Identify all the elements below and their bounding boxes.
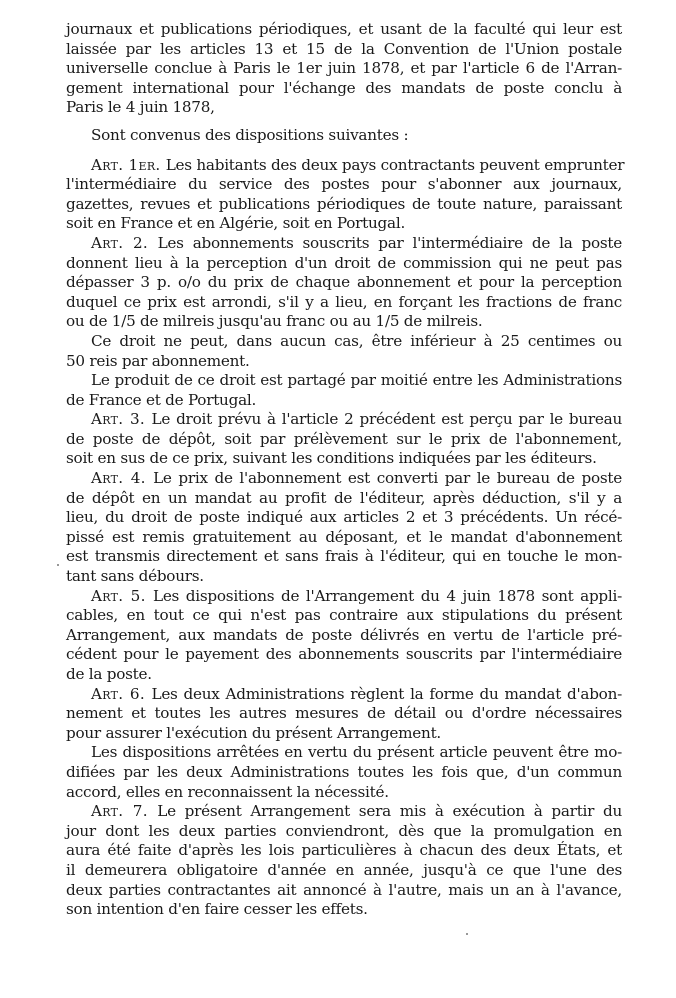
line-text: Le prix de l'abonnement est converti par… xyxy=(153,469,622,487)
line-text: gement international pour l'échange des … xyxy=(66,79,622,97)
line-text: lieu, du droit de poste indiqué aux arti… xyxy=(66,508,622,526)
article-6-line: pour assurer l'exécution du présent Arra… xyxy=(66,724,622,744)
article-7-line: deux parties contractantes ait annoncé à… xyxy=(66,881,622,901)
article-4-line: Art. 4. Le prix de l'abonnement est conv… xyxy=(66,469,622,489)
article-2-line: duquel ce prix est arrondi, s'il y a lie… xyxy=(66,293,622,313)
article-6-line: nement et toutes les autres mesures de d… xyxy=(66,704,622,724)
article-4-line: lieu, du droit de poste indiqué aux arti… xyxy=(66,508,622,528)
line-text: duquel ce prix est arrondi, s'il y a lie… xyxy=(66,293,622,311)
article-3-line: soit en sus de ce prix, suivant les cond… xyxy=(66,449,622,469)
article-5-line: Art. 5. Les dispositions de l'Arrangemen… xyxy=(66,587,622,607)
article-2-line: ou de 1/5 de milreis jusqu'au franc ou a… xyxy=(66,312,622,332)
article-4-line: est transmis directement et sans frais à… xyxy=(66,547,622,567)
article-label: Art. 5. xyxy=(91,587,153,605)
article-7-line: son intention d'en faire cesser les effe… xyxy=(66,900,622,920)
line-text: Arrangement, aux mandats de poste délivr… xyxy=(66,626,622,644)
article-1-line: Art. 1er. Les habitants des deux pays co… xyxy=(66,156,622,176)
line-text: aura été faite d'après les lois particul… xyxy=(66,841,622,859)
spacer xyxy=(66,118,622,126)
line-text: est transmis directement et sans frais à… xyxy=(66,547,622,565)
article-3-line: de poste de dépôt, soit par prélèvement … xyxy=(66,430,622,450)
article-6-line: Art. 6. Les deux Administrations règlent… xyxy=(66,685,622,705)
article-2-line: dépasser 3 p. o/o du prix de chaque abon… xyxy=(66,273,622,293)
article-6-line: accord, elles en reconnaissent la nécess… xyxy=(66,783,622,803)
line-text: Sont convenus des dispositions suivantes… xyxy=(91,126,408,144)
article-3-line: Art. 3. Le droit prévu à l'article 2 pré… xyxy=(66,410,622,430)
article-4-line: pissé est remis gratuitement au déposant… xyxy=(66,528,622,548)
line-text: Le droit prévu à l'article 2 précédent e… xyxy=(152,410,622,428)
line-text: Les dispositions de l'Arrangement du 4 j… xyxy=(153,587,622,605)
line-text: 50 reis par abonnement. xyxy=(66,352,250,370)
line-text: journaux et publications périodiques, et… xyxy=(66,20,622,38)
article-1-line: soit en France et en Algérie, soit en Po… xyxy=(66,214,622,234)
line-text: de France et de Portugal. xyxy=(66,391,256,409)
article-5-line: cables, en tout ce qui n'est pas contrai… xyxy=(66,606,622,626)
line-text: donnent lieu à la perception d'un droit … xyxy=(66,254,622,272)
spacer xyxy=(66,146,622,156)
line-text: il demeurera obligatoire d'année en anné… xyxy=(66,861,622,879)
line-text: Ce droit ne peut, dans aucun cas, être i… xyxy=(91,332,622,350)
scan-speck xyxy=(466,933,468,935)
line-text: l'intermédiaire du service des postes po… xyxy=(66,175,622,193)
article-4-line: de dépôt en un mandat au profit de l'édi… xyxy=(66,489,622,509)
article-2-line: Art. 2. Les abonnements souscrits par l'… xyxy=(66,234,622,254)
line-text: pour assurer l'exécution du présent Arra… xyxy=(66,724,441,742)
preamble-line: universelle conclue à Paris le 1er juin … xyxy=(66,59,622,79)
line-text: gazettes, revues et publications périodi… xyxy=(66,195,622,213)
article-2-line: donnent lieu à la perception d'un droit … xyxy=(66,254,622,274)
article-label: Art. 7. xyxy=(91,802,157,820)
preamble-line: Paris le 4 juin 1878, xyxy=(66,98,622,118)
line-text: pissé est remis gratuitement au déposant… xyxy=(66,528,622,546)
article-5-line: Arrangement, aux mandats de poste délivr… xyxy=(66,626,622,646)
preamble-line: journaux et publications périodiques, et… xyxy=(66,20,622,40)
article-4-line: tant sans débours. xyxy=(66,567,622,587)
article-2-line: de France et de Portugal. xyxy=(66,391,622,411)
line-text: Le produit de ce droit est partagé par m… xyxy=(91,371,622,389)
article-2-line: Le produit de ce droit est partagé par m… xyxy=(66,371,622,391)
line-text: soit en sus de ce prix, suivant les cond… xyxy=(66,449,597,467)
article-1-line: gazettes, revues et publications périodi… xyxy=(66,195,622,215)
line-text: de poste de dépôt, soit par prélèvement … xyxy=(66,430,622,448)
line-text: ou de 1/5 de milreis jusqu'au franc ou a… xyxy=(66,312,482,330)
scan-speck xyxy=(57,564,59,566)
preamble-line: laissée par les articles 13 et 15 de la … xyxy=(66,40,622,60)
line-text: deux parties contractantes ait annoncé à… xyxy=(66,881,622,899)
convenus-heading: Sont convenus des dispositions suivantes… xyxy=(66,126,622,146)
line-text: accord, elles en reconnaissent la nécess… xyxy=(66,783,389,801)
line-text: de dépôt en un mandat au profit de l'édi… xyxy=(66,489,622,507)
line-text: Le présent Arrangement sera mis à exécut… xyxy=(157,802,622,820)
line-text: cables, en tout ce qui n'est pas contrai… xyxy=(66,606,622,624)
article-label: Art. 3. xyxy=(91,410,152,428)
line-text: Les abonnements souscrits par l'interméd… xyxy=(158,234,622,252)
article-5-line: cédent pour le payement des abonnements … xyxy=(66,645,622,665)
article-2-line: 50 reis par abonnement. xyxy=(66,352,622,372)
line-text: soit en France et en Algérie, soit en Po… xyxy=(66,214,405,232)
article-label: Art. 4. xyxy=(91,469,153,487)
article-7-line: il demeurera obligatoire d'année en anné… xyxy=(66,861,622,881)
line-text: jour dont les deux parties conviendront,… xyxy=(66,822,622,840)
article-label: Art. 6. xyxy=(91,685,151,703)
line-text: dépasser 3 p. o/o du prix de chaque abon… xyxy=(66,273,622,291)
article-7-line: jour dont les deux parties conviendront,… xyxy=(66,822,622,842)
article-1-line: l'intermédiaire du service des postes po… xyxy=(66,175,622,195)
line-text: nement et toutes les autres mesures de d… xyxy=(66,704,622,722)
line-text: cédent pour le payement des abonnements … xyxy=(66,645,622,663)
preamble-line: gement international pour l'échange des … xyxy=(66,79,622,99)
line-text: de la poste. xyxy=(66,665,152,683)
article-label: Art. 1er. xyxy=(91,156,166,174)
document-page: journaux et publications périodiques, et… xyxy=(66,20,622,920)
article-7-line: Art. 7. Le présent Arrangement sera mis … xyxy=(66,802,622,822)
article-6-line: difiées par les deux Administrations tou… xyxy=(66,763,622,783)
line-text: Les dispositions arrêtées en vertu du pr… xyxy=(91,743,622,761)
article-7-line: aura été faite d'après les lois particul… xyxy=(66,841,622,861)
line-text: son intention d'en faire cesser les effe… xyxy=(66,900,368,918)
line-text: laissée par les articles 13 et 15 de la … xyxy=(66,40,622,58)
article-6-line: Les dispositions arrêtées en vertu du pr… xyxy=(66,743,622,763)
line-text: universelle conclue à Paris le 1er juin … xyxy=(66,59,622,77)
line-text: Paris le 4 juin 1878, xyxy=(66,98,215,116)
article-label: Art. 2. xyxy=(91,234,158,252)
line-text: difiées par les deux Administrations tou… xyxy=(66,763,622,781)
line-text: Les deux Administrations règlent la form… xyxy=(151,685,622,703)
line-text: tant sans débours. xyxy=(66,567,204,585)
line-text: Les habitants des deux pays contractants… xyxy=(166,156,625,174)
article-5-line: de la poste. xyxy=(66,665,622,685)
article-2-line: Ce droit ne peut, dans aucun cas, être i… xyxy=(66,332,622,352)
